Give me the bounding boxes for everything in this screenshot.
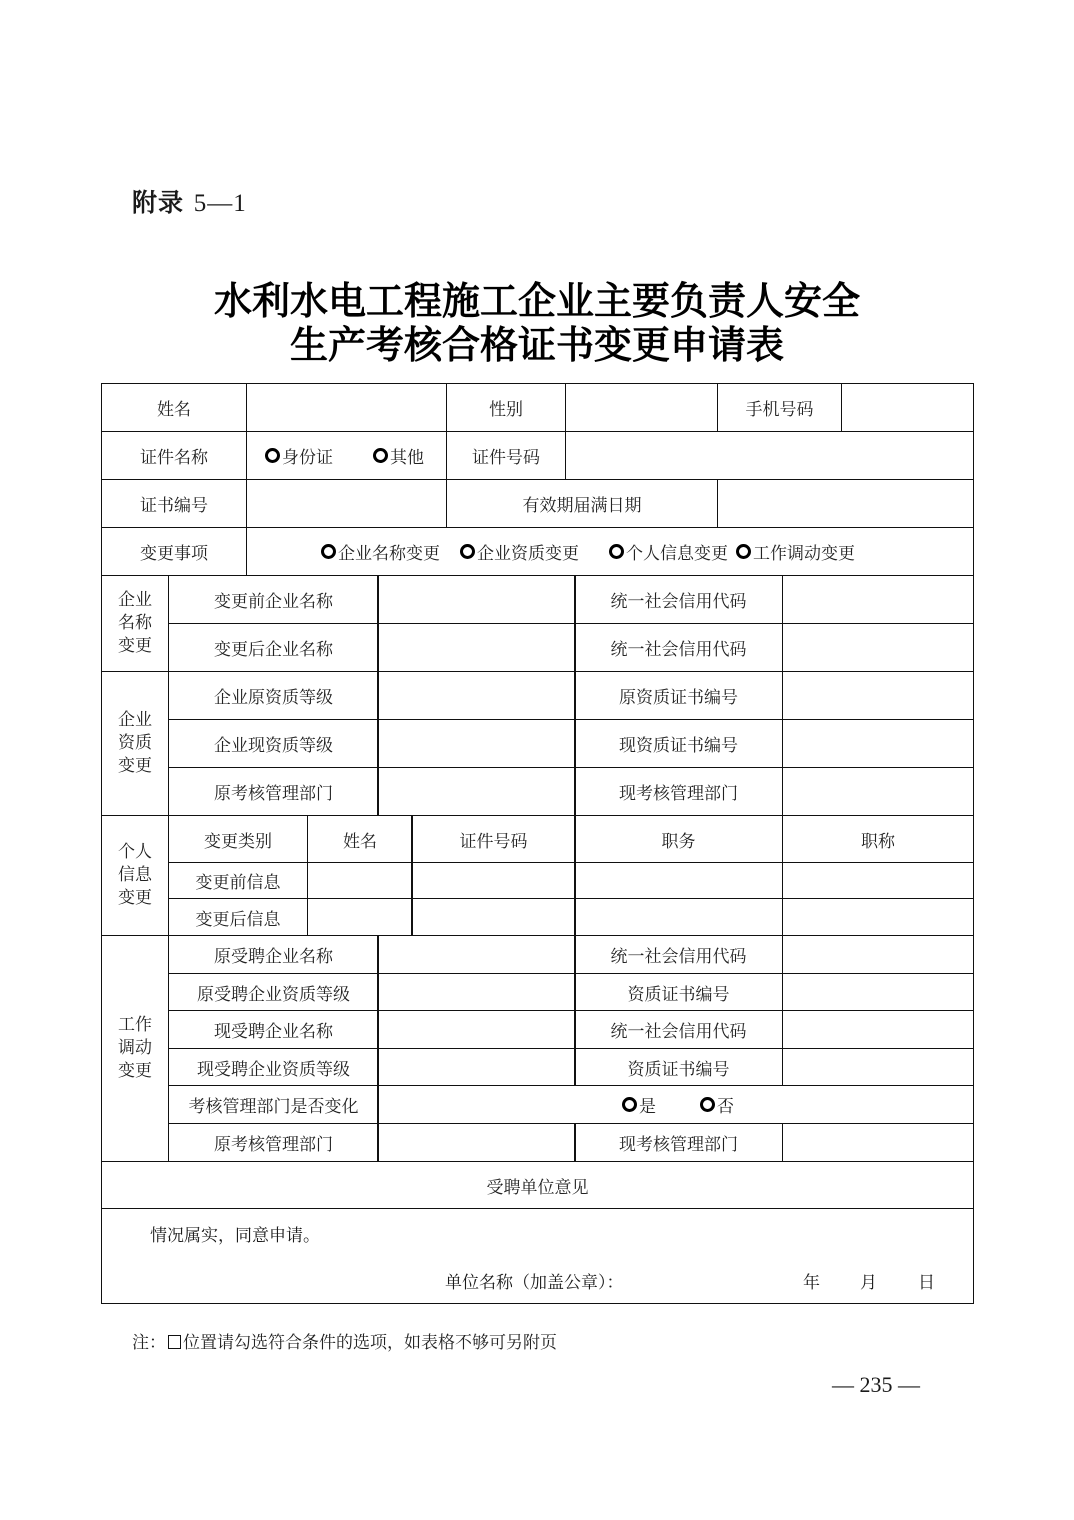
radio-icon bbox=[460, 544, 475, 559]
appendix-number: 5—1 bbox=[194, 190, 247, 217]
option-label: 工作调动变更 bbox=[753, 539, 855, 564]
expiry-field[interactable] bbox=[717, 479, 974, 528]
prev-credit-code-field[interactable] bbox=[782, 935, 974, 974]
row-right-label: 统一社会信用代码 bbox=[574, 1010, 783, 1049]
section-qualification-change: 企业资质变更 bbox=[101, 671, 169, 816]
option-label: 否 bbox=[717, 1092, 734, 1117]
appendix-text: 附录 bbox=[132, 188, 184, 217]
change-option-qualification[interactable]: 企业资质变更 bbox=[460, 539, 579, 564]
curr-employer-qual-field[interactable] bbox=[377, 1048, 576, 1086]
expiry-label: 有效期届满日期 bbox=[446, 479, 718, 528]
row-right-label: 原资质证书编号 bbox=[574, 671, 783, 720]
id-option-other[interactable]: 其他 bbox=[373, 443, 424, 468]
gender-field[interactable] bbox=[565, 383, 718, 432]
change-option-personal-info[interactable]: 个人信息变更 bbox=[609, 539, 728, 564]
current-dept-field[interactable] bbox=[782, 767, 974, 816]
change-items-label: 变更事项 bbox=[101, 527, 247, 576]
curr-employer-name-field[interactable] bbox=[377, 1010, 576, 1049]
change-items-options: 企业名称变更 企业资质变更 个人信息变更 工作调动变更 bbox=[246, 527, 974, 576]
row-label: 现受聘企业资质等级 bbox=[168, 1048, 379, 1086]
radio-icon bbox=[373, 448, 388, 463]
note-text: 位置请勾选符合条件的选项，如表格不够可另附页 bbox=[183, 1333, 557, 1353]
option-label: 个人信息变更 bbox=[626, 539, 728, 564]
radio-icon bbox=[321, 544, 336, 559]
radio-icon bbox=[622, 1097, 637, 1112]
row-label: 变更前信息 bbox=[168, 862, 308, 899]
before-company-name-field[interactable] bbox=[377, 575, 576, 624]
phone-field[interactable] bbox=[841, 383, 974, 432]
id-option-idcard[interactable]: 身份证 bbox=[265, 443, 333, 468]
id-type-options: 身份证 其他 bbox=[246, 431, 447, 480]
original-qualification-field[interactable] bbox=[377, 671, 576, 720]
row-right-label: 统一社会信用代码 bbox=[574, 575, 783, 624]
cert-no-label: 证书编号 bbox=[101, 479, 247, 528]
dept-changed-no[interactable]: 否 bbox=[700, 1092, 734, 1117]
phone-label: 手机号码 bbox=[717, 383, 842, 432]
form-title-line2: 生产考核合格证书变更申请表 bbox=[0, 322, 1074, 368]
note-prefix: 注： bbox=[132, 1333, 166, 1353]
option-label: 是 bbox=[639, 1092, 656, 1117]
section-label: 个人信息变更 bbox=[115, 841, 155, 910]
appendix-label: 附录 5—1 bbox=[132, 183, 247, 219]
row-right-label: 现资质证书编号 bbox=[574, 719, 783, 768]
curr-credit-code-field[interactable] bbox=[782, 1010, 974, 1049]
after-id-field[interactable] bbox=[411, 898, 576, 936]
id-type-label: 证件名称 bbox=[101, 431, 247, 480]
day-label: 日 bbox=[918, 1268, 935, 1293]
row-right-label: 统一社会信用代码 bbox=[574, 623, 783, 672]
page-number: — 235 — bbox=[832, 1372, 920, 1398]
row-label: 原受聘企业名称 bbox=[168, 935, 379, 974]
row-label: 原考核管理部门 bbox=[168, 767, 379, 816]
section-label: 工作调动变更 bbox=[115, 1014, 155, 1083]
dept-changed-yes[interactable]: 是 bbox=[622, 1092, 656, 1117]
row-right-label: 现考核管理部门 bbox=[574, 1123, 783, 1162]
transfer-current-dept-field[interactable] bbox=[782, 1123, 974, 1162]
row-label: 变更前企业名称 bbox=[168, 575, 379, 624]
prev-employer-name-field[interactable] bbox=[377, 935, 576, 974]
id-number-label: 证件号码 bbox=[446, 431, 566, 480]
row-right-label: 资质证书编号 bbox=[574, 973, 783, 1011]
row-label: 考核管理部门是否变化 bbox=[168, 1085, 379, 1124]
after-name-field[interactable] bbox=[307, 898, 413, 936]
header-position: 职务 bbox=[574, 815, 783, 863]
unit-name-label: 单位名称（加盖公章）： bbox=[445, 1268, 624, 1293]
after-company-name-field[interactable] bbox=[377, 623, 576, 672]
row-right-label: 现考核管理部门 bbox=[574, 767, 783, 816]
row-label: 变更后企业名称 bbox=[168, 623, 379, 672]
before-id-field[interactable] bbox=[411, 862, 576, 899]
dept-changed-options: 是 否 bbox=[377, 1085, 974, 1124]
before-name-field[interactable] bbox=[307, 862, 413, 899]
option-label: 企业名称变更 bbox=[338, 539, 440, 564]
before-title-field[interactable] bbox=[782, 862, 974, 899]
header-title: 职称 bbox=[782, 815, 974, 863]
cert-no-field[interactable] bbox=[246, 479, 447, 528]
radio-icon bbox=[700, 1097, 715, 1112]
section-label: 企业资质变更 bbox=[115, 709, 155, 778]
row-label: 原考核管理部门 bbox=[168, 1123, 379, 1162]
after-title-field[interactable] bbox=[782, 898, 974, 936]
prev-employer-qual-field[interactable] bbox=[377, 973, 576, 1011]
checkbox-icon bbox=[168, 1335, 181, 1349]
row-right-label: 统一社会信用代码 bbox=[574, 935, 783, 974]
name-label: 姓名 bbox=[101, 383, 247, 432]
prev-qual-cert-field[interactable] bbox=[782, 973, 974, 1011]
id-number-field[interactable] bbox=[565, 431, 974, 480]
original-cert-no-field[interactable] bbox=[782, 671, 974, 720]
change-option-company-name[interactable]: 企业名称变更 bbox=[321, 539, 440, 564]
radio-icon bbox=[609, 544, 624, 559]
original-dept-field[interactable] bbox=[377, 767, 576, 816]
header-id-number: 证件号码 bbox=[411, 815, 576, 863]
radio-icon bbox=[736, 544, 751, 559]
section-job-transfer-change: 工作调动变更 bbox=[101, 935, 169, 1162]
employer-opinion-header: 受聘单位意见 bbox=[101, 1161, 974, 1209]
current-qualification-field[interactable] bbox=[377, 719, 576, 768]
footnote: 注：位置请勾选符合条件的选项，如表格不够可另附页 bbox=[132, 1328, 557, 1353]
change-option-job-transfer[interactable]: 工作调动变更 bbox=[736, 539, 855, 564]
row-label: 变更后信息 bbox=[168, 898, 308, 936]
current-cert-no-field[interactable] bbox=[782, 719, 974, 768]
transfer-original-dept-field[interactable] bbox=[377, 1123, 576, 1162]
before-credit-code-field[interactable] bbox=[782, 575, 974, 624]
opinion-text: 情况属实，同意申请。 bbox=[150, 1221, 320, 1246]
name-field[interactable] bbox=[246, 383, 447, 432]
before-position-field[interactable] bbox=[574, 862, 783, 899]
curr-qual-cert-field[interactable] bbox=[782, 1048, 974, 1086]
after-position-field[interactable] bbox=[574, 898, 783, 936]
after-credit-code-field[interactable] bbox=[782, 623, 974, 672]
id-option-other-label: 其他 bbox=[390, 443, 424, 468]
row-label: 企业原资质等级 bbox=[168, 671, 379, 720]
gender-label: 性别 bbox=[446, 383, 566, 432]
row-label: 企业现资质等级 bbox=[168, 719, 379, 768]
form-title-line1: 水利水电工程施工企业主要负责人安全 bbox=[0, 278, 1074, 324]
row-label: 原受聘企业资质等级 bbox=[168, 973, 379, 1011]
row-right-label: 资质证书编号 bbox=[574, 1048, 783, 1086]
header-name: 姓名 bbox=[307, 815, 413, 863]
year-label: 年 bbox=[803, 1268, 820, 1293]
id-option-idcard-label: 身份证 bbox=[282, 443, 333, 468]
option-label: 企业资质变更 bbox=[477, 539, 579, 564]
month-label: 月 bbox=[860, 1268, 877, 1293]
section-label: 企业名称变更 bbox=[115, 589, 155, 658]
radio-icon bbox=[265, 448, 280, 463]
section-company-name-change: 企业名称变更 bbox=[101, 575, 169, 672]
section-personal-info-change: 个人信息变更 bbox=[101, 815, 169, 936]
row-label: 现受聘企业名称 bbox=[168, 1010, 379, 1049]
header-change-type: 变更类别 bbox=[168, 815, 308, 863]
